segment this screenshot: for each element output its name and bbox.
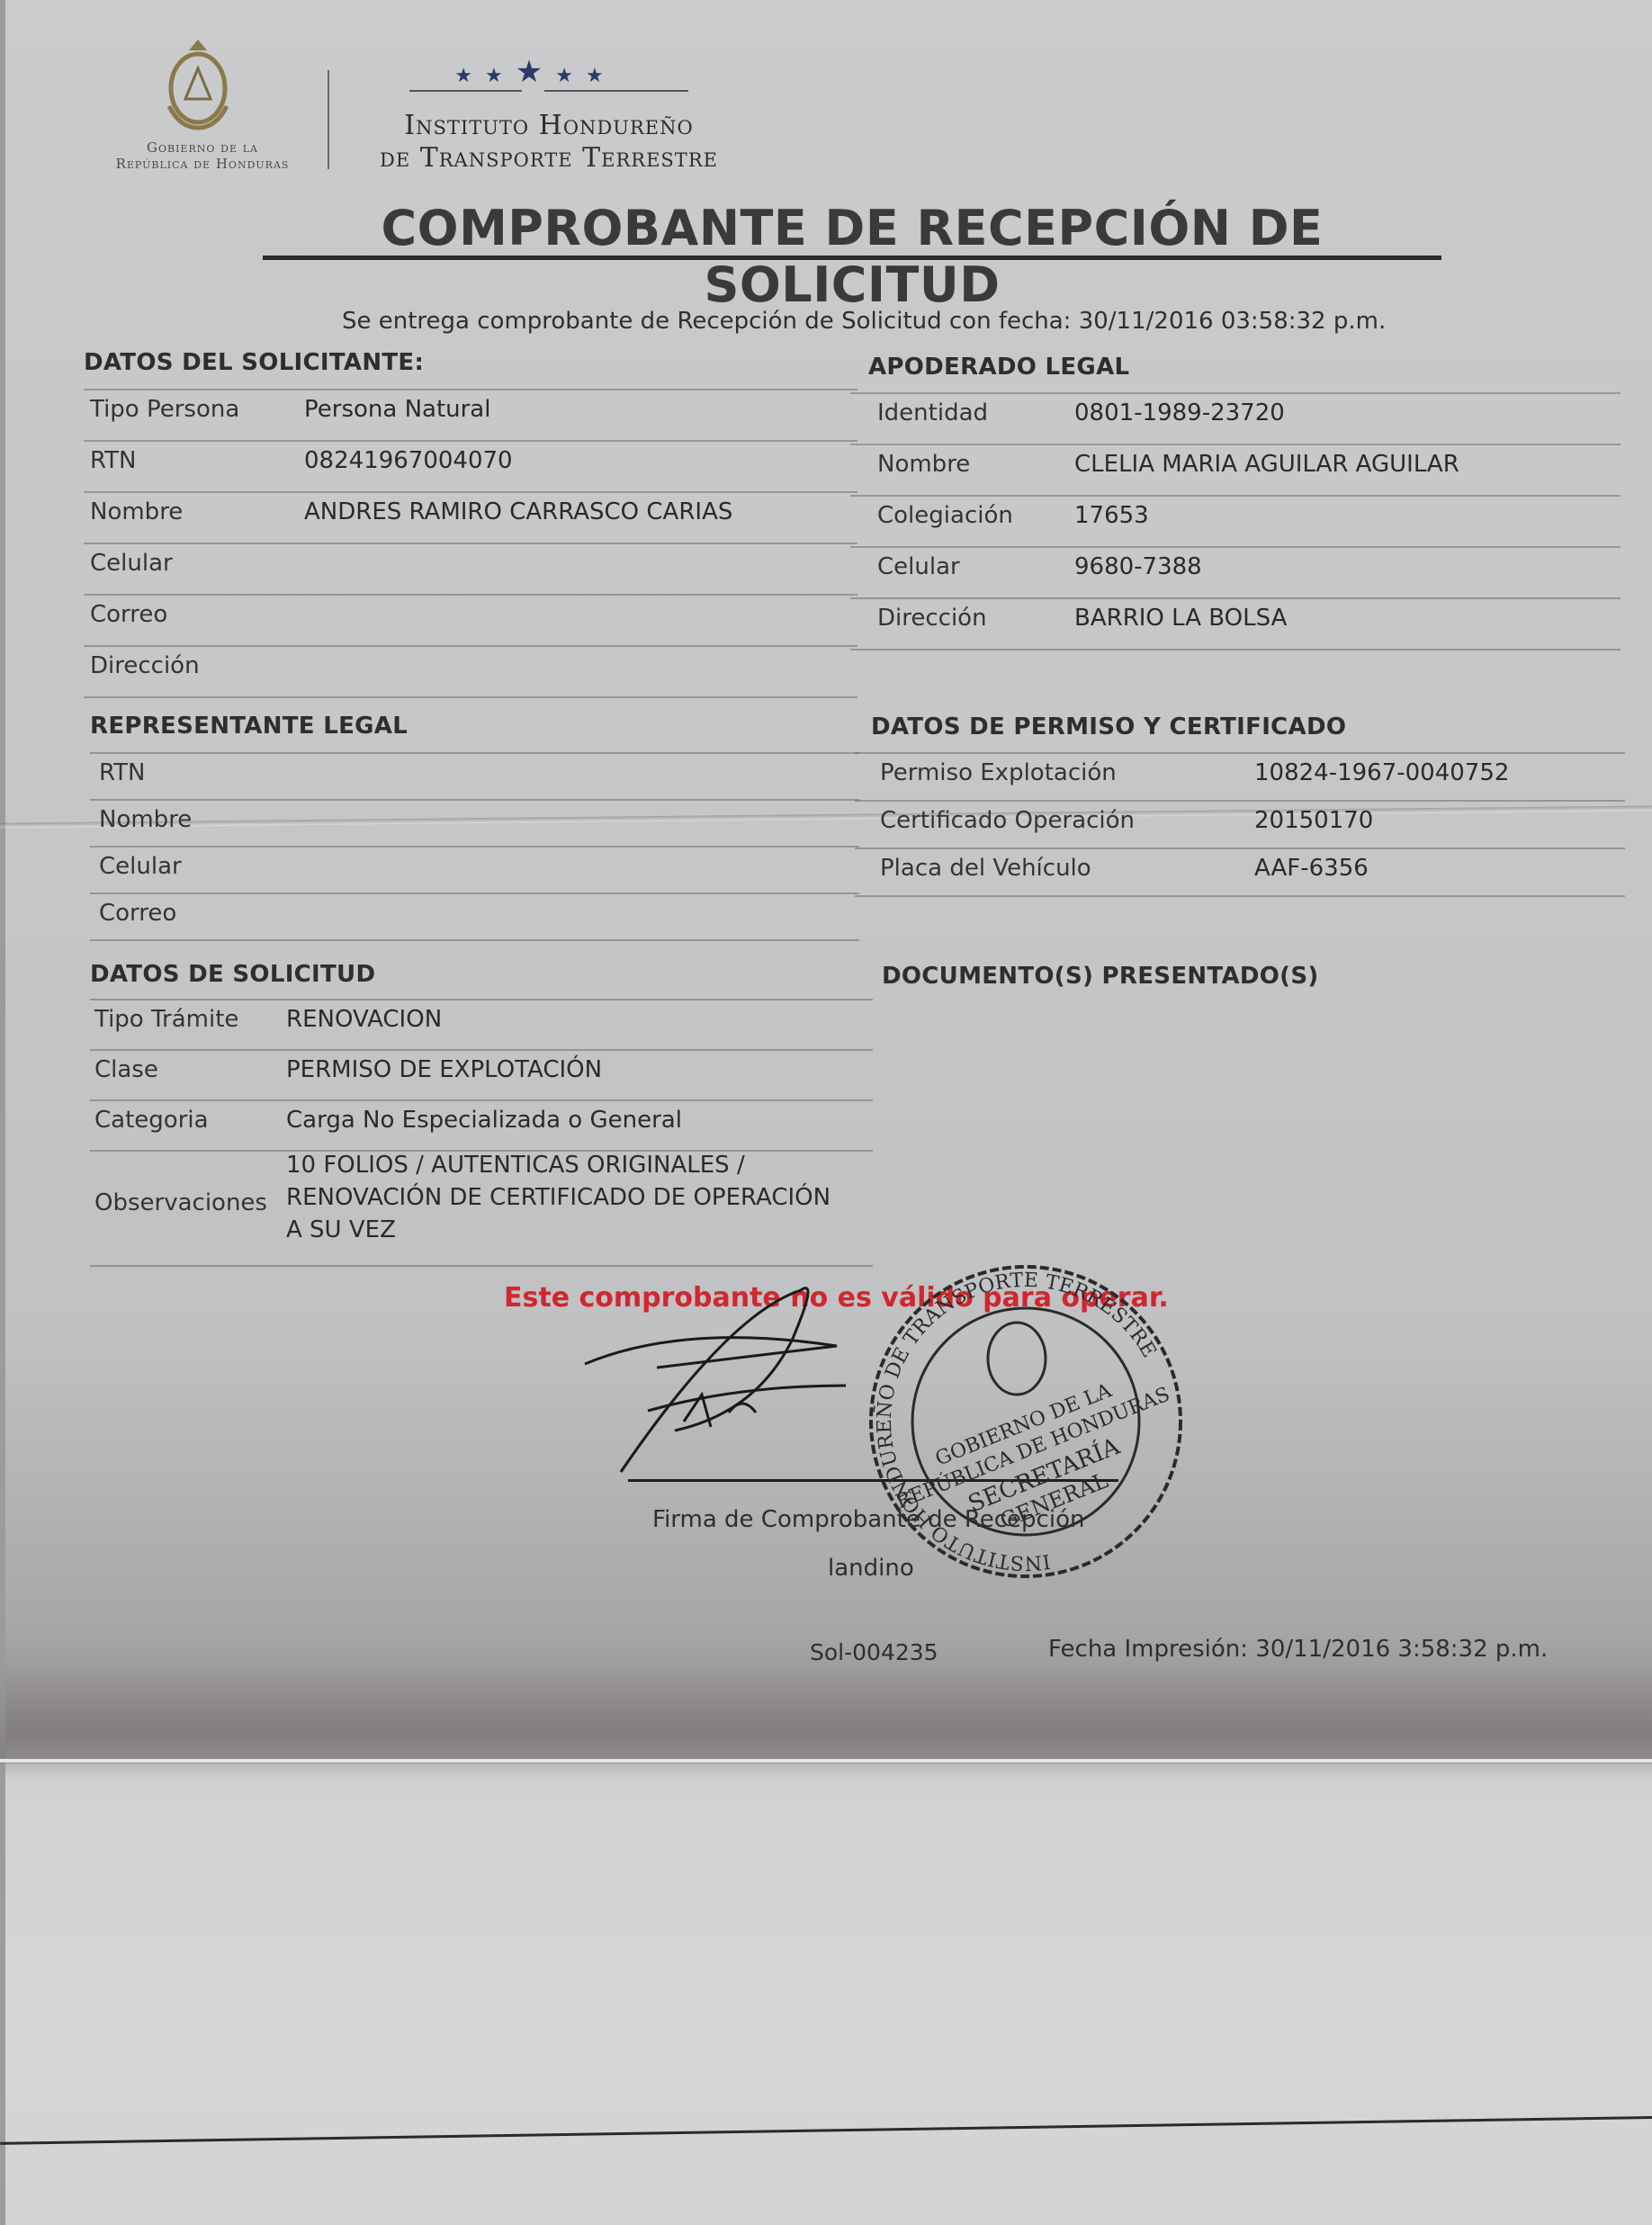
field-label: Correo	[99, 900, 176, 927]
section-documentos-title: DOCUMENTO(S) PRESENTADO(S)	[882, 963, 1319, 990]
field-label: Celular	[99, 853, 182, 880]
field-value: ANDRES RAMIRO CARRASCO CARIAS	[304, 498, 732, 525]
fold-shadow	[0, 1664, 1652, 1763]
institute-name: Instituto Hondureño de Transporte Terres…	[346, 110, 751, 175]
field-label: Celular	[877, 553, 960, 580]
field-value: 0801-1989-23720	[1074, 399, 1285, 426]
field-label: Correo	[90, 601, 167, 628]
row-divider	[90, 893, 859, 894]
coat-of-arms-icon	[153, 34, 243, 133]
row-divider	[90, 846, 859, 848]
row-divider	[90, 1265, 873, 1267]
row-divider	[90, 1049, 873, 1051]
field-label: Tipo Persona	[90, 396, 239, 423]
signature-user: landino	[828, 1555, 1008, 1582]
bottom-rule	[0, 2116, 1652, 2145]
field-label: Certificado Operación	[880, 807, 1135, 834]
field-label: Clase	[94, 1056, 158, 1083]
field-label: Nombre	[90, 498, 183, 525]
row-divider	[850, 495, 1621, 497]
row-divider	[855, 848, 1625, 849]
field-value: 08241967004070	[304, 447, 513, 474]
row-divider	[84, 645, 857, 647]
row-divider	[84, 491, 857, 493]
rule	[850, 392, 1621, 394]
row-divider	[84, 440, 857, 442]
rule	[90, 752, 859, 754]
row-divider	[84, 594, 857, 596]
paper-edge	[0, 0, 5, 2225]
row-divider	[84, 696, 857, 698]
signature-label: Firma de Comprobante de Recepción	[652, 1506, 1120, 1533]
field-value: 10824-1967-0040752	[1254, 759, 1509, 786]
field-label: Tipo Trámite	[94, 1006, 238, 1033]
star-rule-right	[544, 90, 688, 92]
row-divider	[850, 546, 1621, 548]
row-divider	[850, 649, 1621, 650]
solicitud-id: Sol-004235	[810, 1639, 938, 1665]
field-label: Identidad	[877, 399, 988, 426]
row-divider	[850, 597, 1621, 599]
government-label: Gobierno de la República de Honduras	[85, 139, 319, 172]
subtitle: Se entrega comprobante de Recepción de S…	[342, 308, 1476, 335]
field-value: CLELIA MARIA AGUILAR AGUILAR	[1074, 451, 1459, 478]
field-label: Dirección	[90, 652, 200, 679]
row-divider	[90, 939, 859, 941]
field-value: PERMISO DE EXPLOTACIÓN	[286, 1056, 602, 1083]
row-divider	[84, 543, 857, 544]
stars-icon: ★★★★★	[450, 54, 621, 90]
field-label: Permiso Explotación	[880, 759, 1117, 786]
field-label: Observaciones	[94, 1189, 267, 1216]
field-value: RENOVACION	[286, 1006, 442, 1033]
header-divider	[328, 70, 329, 169]
field-value: BARRIO LA BOLSA	[1074, 605, 1287, 632]
row-divider	[855, 895, 1625, 897]
field-value: RENOVACIÓN DE CERTIFICADO DE OPERACIÓN	[286, 1184, 830, 1211]
rule	[855, 752, 1625, 754]
row-divider	[855, 800, 1625, 802]
field-value: 9680-7388	[1074, 553, 1202, 580]
row-divider	[850, 444, 1621, 445]
rule	[84, 389, 857, 390]
field-value: A SU VEZ	[286, 1216, 396, 1243]
fold-line	[0, 1759, 1652, 1763]
field-label: Placa del Vehículo	[880, 855, 1091, 882]
section-apoderado-title: APODERADO LEGAL	[868, 354, 1129, 381]
section-solicitante-title: DATOS DEL SOLICITANTE:	[84, 349, 424, 376]
field-label: Dirección	[877, 605, 987, 632]
title-underline	[263, 256, 1441, 260]
print-date: Fecha Impresión: 30/11/2016 3:58:32 p.m.	[1048, 1636, 1548, 1663]
field-label: Categoria	[94, 1107, 209, 1134]
field-label: Celular	[90, 550, 173, 577]
field-label: Colegiación	[877, 502, 1013, 529]
field-value: 10 FOLIOS / AUTENTICAS ORIGINALES /	[286, 1152, 745, 1179]
field-value: AAF-6356	[1254, 855, 1369, 882]
official-stamp-icon: INSTITUTO HONDUREÑO DE TRANSPORTE TERRES…	[855, 1251, 1197, 1592]
row-divider	[90, 799, 859, 801]
field-label: Nombre	[99, 806, 192, 833]
rule	[90, 999, 873, 1000]
field-label: Nombre	[877, 451, 970, 478]
row-divider	[90, 1099, 873, 1101]
section-permiso-title: DATOS DE PERMISO Y CERTIFICADO	[871, 713, 1346, 740]
field-value: Persona Natural	[304, 396, 490, 423]
section-representante-title: REPRESENTANTE LEGAL	[90, 713, 408, 740]
star-rule-left	[409, 90, 522, 92]
paper-crease	[0, 805, 1652, 828]
section-solicitud-title: DATOS DE SOLICITUD	[90, 961, 375, 988]
field-label: RTN	[99, 759, 146, 786]
field-value: Carga No Especializada o General	[286, 1107, 682, 1134]
field-value: 20150170	[1254, 807, 1373, 834]
field-label: RTN	[90, 447, 137, 474]
field-value: 17653	[1074, 502, 1149, 529]
